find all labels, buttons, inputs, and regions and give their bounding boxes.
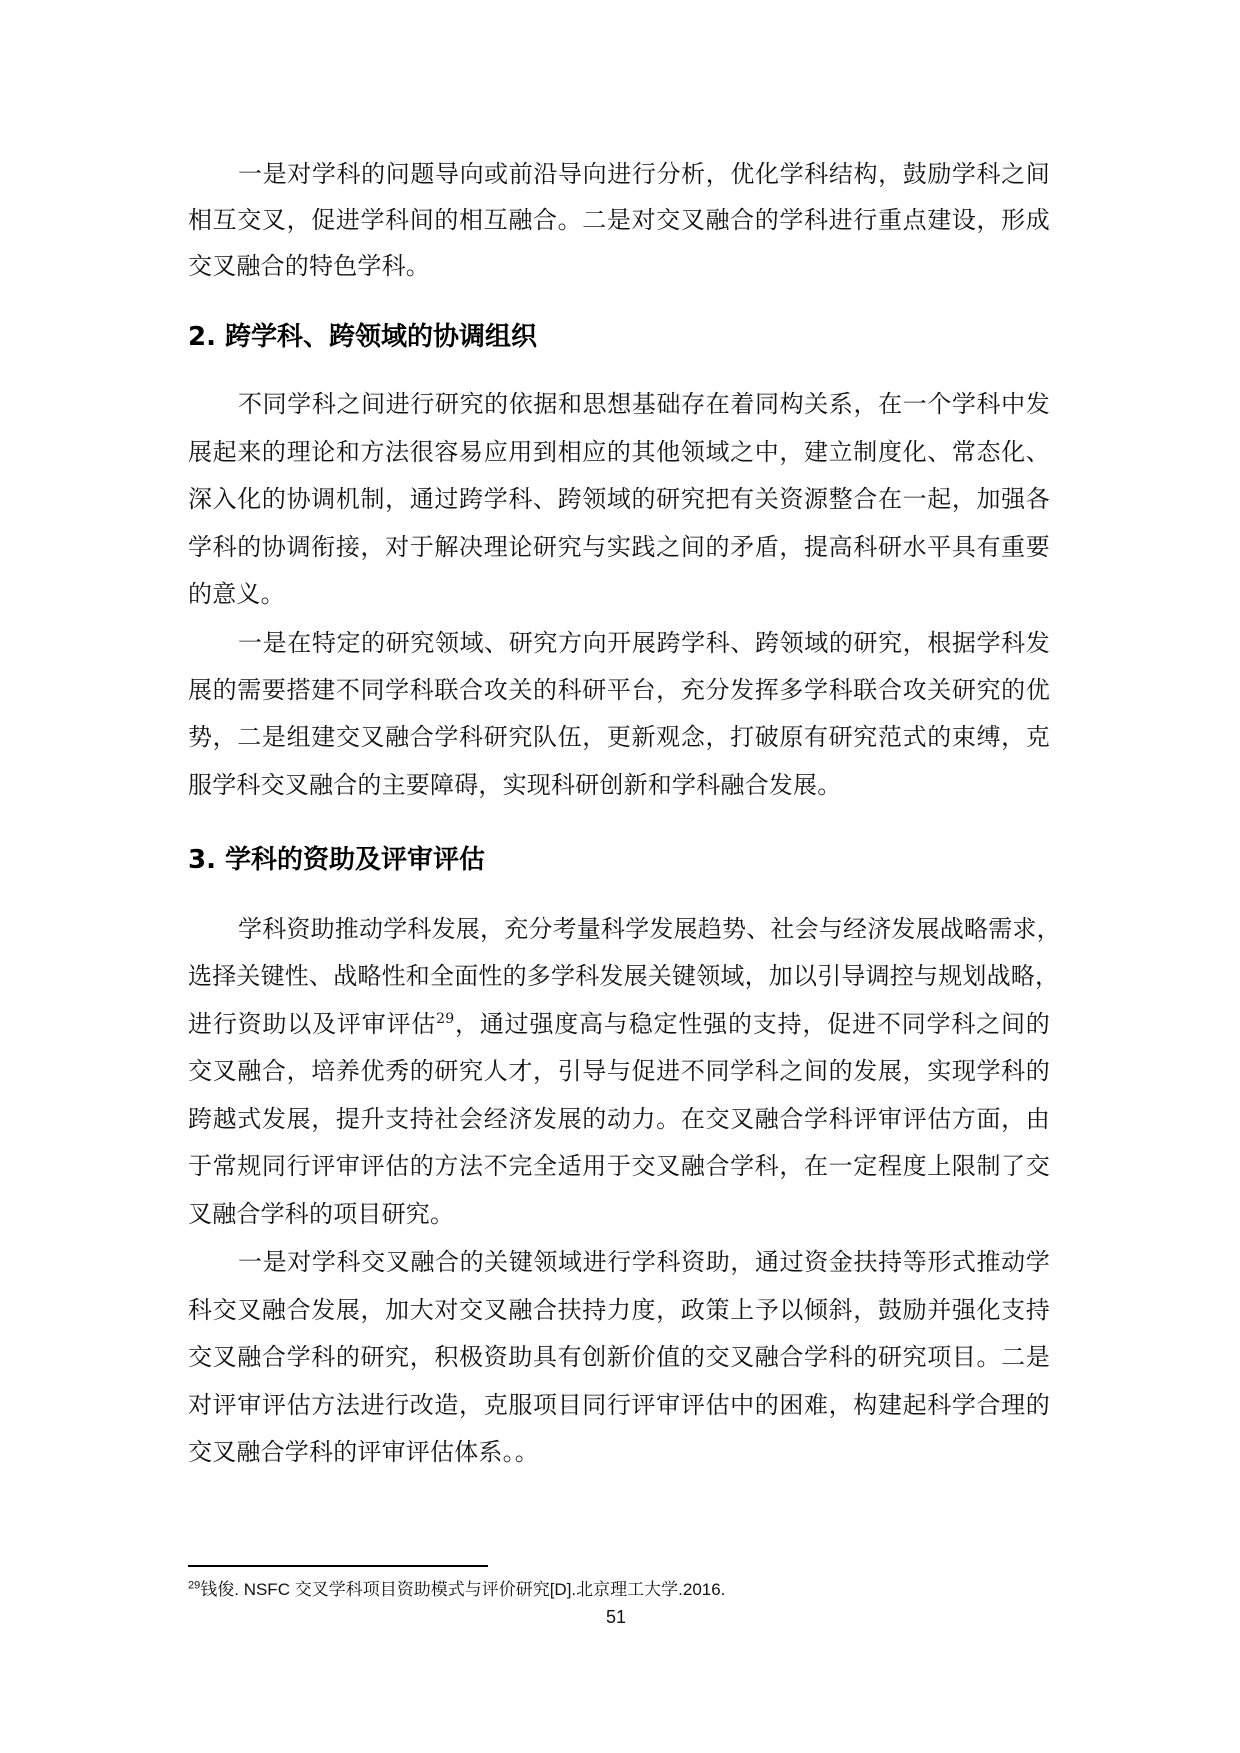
paragraph-line: 相互交叉，促进学科间的相互融合。二是对交叉融合的学科进行重点建设，形成: [188, 203, 1050, 237]
page-number: 51: [606, 1604, 626, 1630]
footnote: 29钱俊. NSFC 交叉学科项目资助模式与评价研究[D].北京理工大学.201…: [188, 1578, 725, 1602]
paragraph-line: 服学科交叉融合的主要障碍，实现科研创新和学科融合发展。: [188, 768, 1050, 802]
paragraph-line: 展的需要搭建不同学科联合攻关的科研平台，充分发挥多学科联合攻关研究的优: [188, 673, 1050, 707]
paragraph-line: 交叉融合的特色学科。: [188, 249, 1050, 283]
paragraph-line: 跨越式发展，提升支持社会经济发展的动力。在交叉融合学科评审评估方面，由: [188, 1102, 1050, 1136]
footnote-separator: [188, 1565, 488, 1567]
paragraph-line: 一是对学科的问题导向或前沿导向进行分析，优化学科结构，鼓励学科之间: [238, 157, 1050, 191]
paragraph-line-with-footnote-ref: 进行资助以及评审评估29，通过强度高与稳定性强的支持，促进不同学科之间的: [188, 1007, 1050, 1041]
paragraph-line: 学科资助推动学科发展，充分考量科学发展趋势、社会与经济发展战略需求，: [238, 912, 1050, 946]
paragraph-line: 深入化的协调机制，通过跨学科、跨领域的研究把有关资源整合在一起，加强各: [188, 482, 1050, 516]
paragraph-line: 不同学科之间进行研究的依据和思想基础存在着同构关系，在一个学科中发: [238, 387, 1050, 421]
paragraph-line: 科交叉融合发展，加大对交叉融合扶持力度，政策上予以倾斜，鼓励并强化支持: [188, 1293, 1050, 1327]
paragraph-line: 对评审评估方法进行改造，克服项目同行评审评估中的困难，构建起科学合理的: [188, 1388, 1050, 1422]
paragraph-line: 交叉融合学科的评审评估体系。。: [188, 1435, 1050, 1469]
paragraph-line: 一是对学科交叉融合的关键领域进行学科资助，通过资金扶持等形式推动学: [238, 1245, 1050, 1279]
line-text: 进行资助以及评审评估: [188, 1010, 436, 1038]
paragraph-line: 于常规同行评审评估的方法不完全适用于交叉融合学科，在一定程度上限制了交: [188, 1149, 1050, 1183]
paragraph-line: 交叉融合学科的研究，积极资助具有创新价值的交叉融合学科的研究项目。二是: [188, 1340, 1050, 1374]
paragraph-line: 交叉融合，培养优秀的研究人才，引导与促进不同学科之间的发展，实现学科的: [188, 1054, 1050, 1088]
footnote-reference[interactable]: 29: [436, 1011, 454, 1027]
footnote-text: 钱俊. NSFC 交叉学科项目资助模式与评价研究[D].北京理工大学.2016.: [200, 1580, 725, 1599]
paragraph-line: 一是在特定的研究领域、研究方向开展跨学科、跨领域的研究，根据学科发: [238, 626, 1050, 660]
paragraph-line: 的意义。: [188, 577, 1050, 611]
line-text: ，通过强度高与稳定性强的支持，促进不同学科之间的: [454, 1010, 1050, 1038]
document-page: 一是对学科的问题导向或前沿导向进行分析，优化学科结构，鼓励学科之间 相互交叉，促…: [0, 0, 1240, 1753]
paragraph-line: 叉融合学科的项目研究。: [188, 1197, 1050, 1231]
section-heading: 3. 学科的资助及评审评估: [188, 842, 485, 878]
paragraph-line: 选择关键性、战略性和全面性的多学科发展关键领域，加以引导调控与规划战略，: [188, 959, 1050, 993]
footnote-number: 29: [188, 1579, 200, 1591]
paragraph-line: 展起来的理论和方法很容易应用到相应的其他领域之中，建立制度化、常态化、: [188, 435, 1050, 469]
section-heading: 2. 跨学科、跨领域的协调组织: [188, 319, 537, 355]
paragraph-line: 学科的协调衔接，对于解决理论研究与实践之间的矛盾，提高科研水平具有重要: [188, 530, 1050, 564]
paragraph-line: 势，二是组建交叉融合学科研究队伍，更新观念，打破原有研究范式的束缚，克: [188, 720, 1050, 754]
